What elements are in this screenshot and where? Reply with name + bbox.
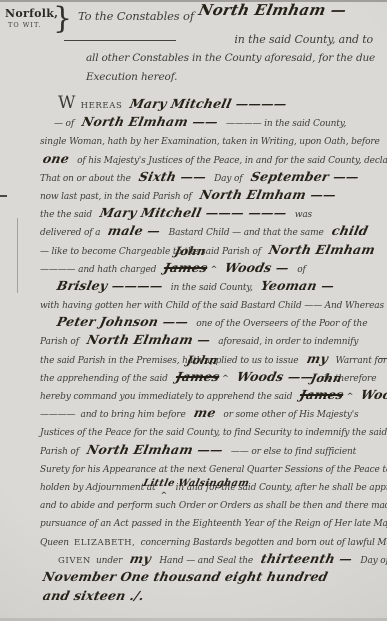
document-line: Parish of North Elmham — aforesaid, in o…: [40, 329, 373, 347]
printed-text: concerning Bastards begotten and born ou…: [141, 538, 387, 548]
handwritten-text: North Elmham ——: [198, 189, 336, 201]
handwritten-text: Mary Mitchell ————: [129, 98, 288, 110]
printed-text: Hand — and Seal the: [159, 556, 253, 566]
handwritten-text: and sixteen ./.: [42, 590, 145, 602]
printed-text: Justices of the Peace for the said Count…: [40, 428, 387, 438]
document-line: the the said Mary Mitchell ——— ——— was: [40, 202, 373, 220]
printed-text: ELIZABETH,: [74, 538, 136, 548]
brace-glyph: }: [53, 1, 72, 36]
printed-text: of: [297, 265, 305, 275]
document-line: and to abide and perform such Order or O…: [40, 493, 373, 511]
document-line: pursuance of an Act passed in the Eighte…: [40, 511, 373, 529]
to-wit-label: TO WIT.: [8, 21, 57, 29]
handwritten-text: one: [42, 153, 71, 165]
handwritten-text: North Elmham: [268, 244, 376, 256]
document-line: delivered of a male — Bastard Child — an…: [40, 220, 373, 238]
handwritten-text: Woods ——: [236, 371, 315, 383]
printed-text: the said Parish in the Premises, hath ap…: [40, 356, 298, 366]
handwritten-text: me: [192, 407, 216, 419]
document-line: single Woman, hath by her Examination, t…: [40, 129, 373, 147]
printed-text: the apprehending of the said: [40, 374, 168, 384]
document-body: W HEREAS Mary Mitchell ————— of North El…: [0, 93, 387, 604]
document-line: Peter Johnson —— one of the Overseers of…: [40, 311, 373, 329]
printed-text: That on or about the: [40, 174, 131, 184]
document-line: Brisley ———— in the said County, Yeoman …: [40, 275, 373, 293]
salutation-text: To the Constables of: [78, 9, 194, 23]
printed-text: GIVEN: [58, 556, 91, 566]
printed-text: was: [295, 210, 312, 220]
handwritten-text: North Elmham ——: [86, 444, 224, 456]
printed-text: W: [58, 93, 75, 113]
struck-out-text: James: [163, 262, 209, 274]
printed-text: — like to become Chargeable to the said …: [40, 247, 261, 257]
document-line: holden by Adjournment at ^Little Walsing…: [40, 475, 373, 493]
printed-text: ———— and hath charged: [40, 265, 156, 275]
printed-text: or some other of His Majesty's: [223, 410, 358, 420]
corrected-name: JohnJames^: [161, 257, 217, 276]
document-line: now last past, in the said Parish of Nor…: [40, 184, 373, 202]
printed-text: of his Majesty's Justices of the Peace, …: [77, 156, 387, 166]
corrected-name: JohnJames^: [297, 384, 353, 403]
handwritten-text: male —: [107, 225, 162, 237]
printed-text: Day of: [214, 174, 242, 184]
handwritten-text: September ——: [249, 171, 359, 183]
printed-text: —— or else to find sufficient: [231, 447, 356, 457]
document-line: ———— and to bring him before me or some …: [40, 402, 373, 420]
inserted-handwritten-text: John: [174, 245, 207, 257]
document-line: Parish of North Elmham —— —— or else to …: [40, 439, 373, 457]
caret-mark: ^: [222, 374, 229, 383]
document-line: hereby command you immediately to appreh…: [40, 384, 373, 402]
printed-text: hereby command you immediately to appreh…: [40, 392, 292, 402]
printed-text: pursuance of an Act passed in the Eighte…: [40, 519, 387, 529]
handwritten-text: Yeoman —: [260, 280, 336, 292]
printed-text: Parish of: [40, 447, 79, 457]
printed-text: holden by Adjournment at: [40, 483, 155, 493]
document-line: GIVEN under my Hand — and Seal the thirt…: [40, 548, 373, 566]
printed-text: under: [96, 556, 122, 566]
caret-mark: ^: [211, 265, 218, 274]
document-line: November One thousand eight hundred: [40, 566, 373, 585]
inserted-handwritten-text: John: [186, 354, 219, 366]
document-line: ———— and hath charged JohnJames^ Woods —…: [40, 257, 373, 275]
document-line: Justices of the Peace for the said Count…: [40, 420, 373, 438]
addressee-name-handwritten: North Elmham —: [198, 4, 348, 16]
handwritten-text: Brisley ————: [56, 280, 164, 292]
handwritten-text: Sixth ——: [138, 171, 208, 183]
corrected-name: JohnJames^: [173, 366, 229, 385]
struck-out-text: James: [299, 389, 345, 401]
printed-text: ————: [40, 410, 75, 420]
handwritten-text: Mary Mitchell ——— ———: [99, 207, 288, 219]
printed-text: — of: [54, 119, 74, 129]
document-header: Norfolk, TO WIT. } To the Constables of …: [0, 0, 387, 92]
printed-text: Warrant for: [336, 356, 387, 366]
document-line: Queen ELIZABETH, concerning Bastards beg…: [40, 530, 373, 548]
header-line: all other Constables in the County afore…: [86, 52, 375, 64]
caret-mark: ^: [161, 491, 168, 500]
printed-text: Queen: [40, 538, 69, 548]
header-line: Execution hereof.: [86, 71, 177, 83]
printed-text: with having gotten her with Child of the…: [40, 301, 384, 311]
document-line: and sixteen ./.: [40, 585, 373, 604]
county-block: Norfolk, TO WIT.: [5, 7, 57, 29]
printed-text: single Woman, hath by her Examination, t…: [40, 137, 380, 147]
inserted-handwritten-text: Little Walsingham: [141, 479, 249, 489]
printed-text: Day of: [360, 556, 387, 566]
fill-in-rule: [64, 40, 176, 41]
printed-text: HEREAS: [81, 101, 123, 111]
handwritten-text: Woods —: [224, 262, 290, 274]
printed-text: and to bring him before: [81, 410, 186, 420]
document-line: one of his Majesty's Justices of the Pea…: [40, 148, 373, 166]
printed-text: and to abide and perform such Order or O…: [40, 501, 387, 511]
document-line: — of North Elmham —— ———— in the said Co…: [40, 111, 373, 129]
printed-text: delivered of a: [40, 228, 100, 238]
handwritten-text: Peter Johnson ——: [56, 316, 190, 328]
printed-text: now last past, in the said Parish of: [40, 192, 192, 202]
handwritten-text: November One thousand eight hundred: [42, 571, 329, 583]
document-line: with having gotten her with Child of the…: [40, 293, 373, 311]
printed-text: one of the Overseers of the Poor of the: [196, 319, 367, 329]
document-line: W HEREAS Mary Mitchell ————: [40, 93, 373, 111]
printed-text: the the said: [40, 210, 92, 220]
document-line: That on or about the Sixth —— Day of Sep…: [40, 166, 373, 184]
handwritten-text: Woods: [360, 389, 387, 401]
printed-text: ———— in the said County,: [226, 119, 346, 129]
printed-text: in the said County,: [171, 283, 253, 293]
handwritten-text: thirteenth —: [260, 553, 354, 565]
printed-text: Bastard Child — and that the same: [169, 228, 324, 238]
inserted-handwritten-text: John: [310, 372, 343, 384]
header-line: in the said County, and to: [234, 33, 373, 46]
printed-text: Parish of: [40, 337, 79, 347]
county-name: Norfolk,: [5, 7, 57, 20]
handwritten-text: my: [129, 553, 152, 565]
handwritten-text: North Elmham —: [86, 334, 212, 346]
scanned-document-page: Norfolk, TO WIT. } To the Constables of …: [0, 0, 387, 621]
document-line: Surety for his Appearance at the next Ge…: [40, 457, 373, 475]
handwritten-text: North Elmham ——: [81, 116, 219, 128]
handwritten-text: child: [330, 225, 368, 237]
caret-mark: ^: [347, 392, 354, 401]
printed-text: Surety for his Appearance at the next Ge…: [40, 465, 387, 475]
printed-text: aforesaid, in order to indemnify: [218, 337, 358, 347]
struck-out-text: James: [175, 371, 221, 383]
handwritten-text: my: [305, 353, 328, 365]
